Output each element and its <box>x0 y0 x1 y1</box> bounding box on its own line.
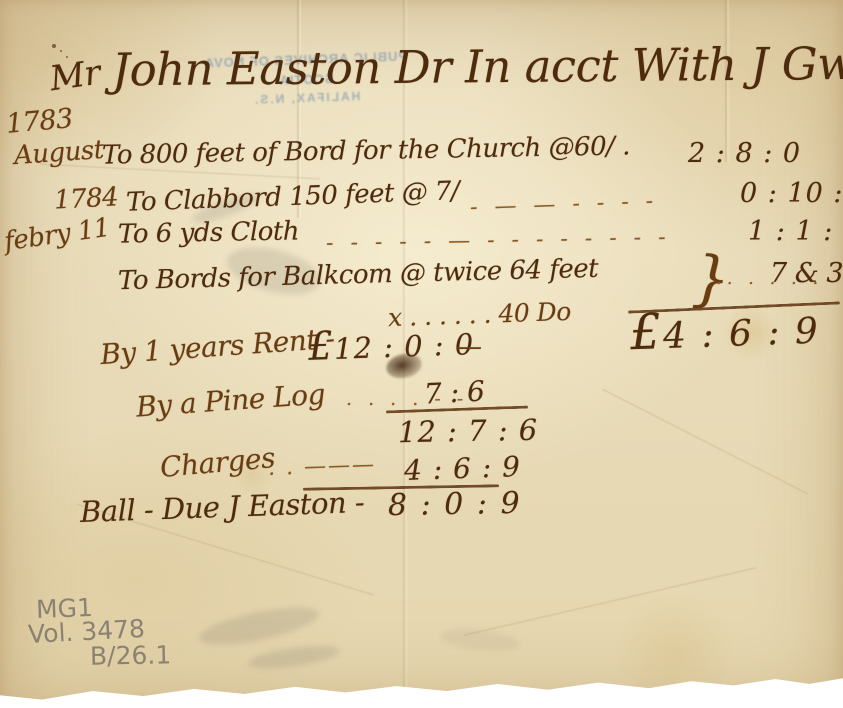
entry-desc: To 6 yds Cloth <box>118 216 300 249</box>
pencil-note-item: B/26.1 <box>90 640 172 670</box>
entry-date: 1784 <box>53 182 119 215</box>
charges-label: Charges <box>159 441 276 484</box>
entry-amount: 7 & 3 <box>770 258 843 289</box>
paper-sheet: PUBLIC ARCHIVES OF NOVA SCOTIA HALIFAX, … <box>0 0 843 708</box>
credit-desc: By a Pine Log <box>135 377 326 423</box>
credit-desc: By 1 years Rent - <box>99 322 335 371</box>
entry-date: August <box>13 135 105 171</box>
heading-script: John Easton Dr In acct With J Gwin <box>112 37 843 97</box>
credit-dash: — <box>456 332 482 362</box>
scanned-document: PUBLIC ARCHIVES OF NOVA SCOTIA HALIFAX, … <box>0 0 843 708</box>
entry-amount: 2 : 8 : 0 <box>688 138 801 169</box>
entry-amount: 1 : 1 : 0 <box>748 216 843 247</box>
heading-prefix: Mr <box>47 53 102 100</box>
balance-amount: 8 : 0 : 9 <box>388 486 522 523</box>
wrinkle-line <box>464 566 757 636</box>
wrinkle-line <box>602 388 808 495</box>
entry-desc: To Clabbord 150 feet @ 7/ <box>126 176 460 218</box>
credit-subtotal: 12 : 7 : 6 <box>398 413 539 449</box>
entry-amount: 0 : 10 : 6 <box>740 178 843 209</box>
charges-amount: 4 : 6 : 9 <box>403 450 521 487</box>
credit-amount: £12 : 0 : 0 <box>307 319 475 370</box>
entry-desc: To Bords for Balkcom @ twice 64 feet <box>118 254 599 297</box>
balance-label: Ball - Due J Easton - <box>79 485 364 529</box>
entry-dashes: - - - - - — - - - - - - - - <box>326 225 671 256</box>
ink-spatter <box>52 44 56 48</box>
entry-dashes: - — — - - - - <box>470 189 659 221</box>
charges-dashes: . . ——— <box>268 452 377 481</box>
entry-date: febry 11 <box>2 213 111 257</box>
bleed-through-mark <box>196 600 321 653</box>
debit-total: £4 : 6 : 9 <box>629 299 821 362</box>
year-label: 1783 <box>5 103 74 140</box>
bleed-through-mark <box>439 626 521 654</box>
bleed-through-mark <box>247 642 341 673</box>
credit-amount: 7 : 6 <box>423 374 485 410</box>
entry-desc: To 800 feet of Bord for the Church @60/ … <box>102 131 630 170</box>
